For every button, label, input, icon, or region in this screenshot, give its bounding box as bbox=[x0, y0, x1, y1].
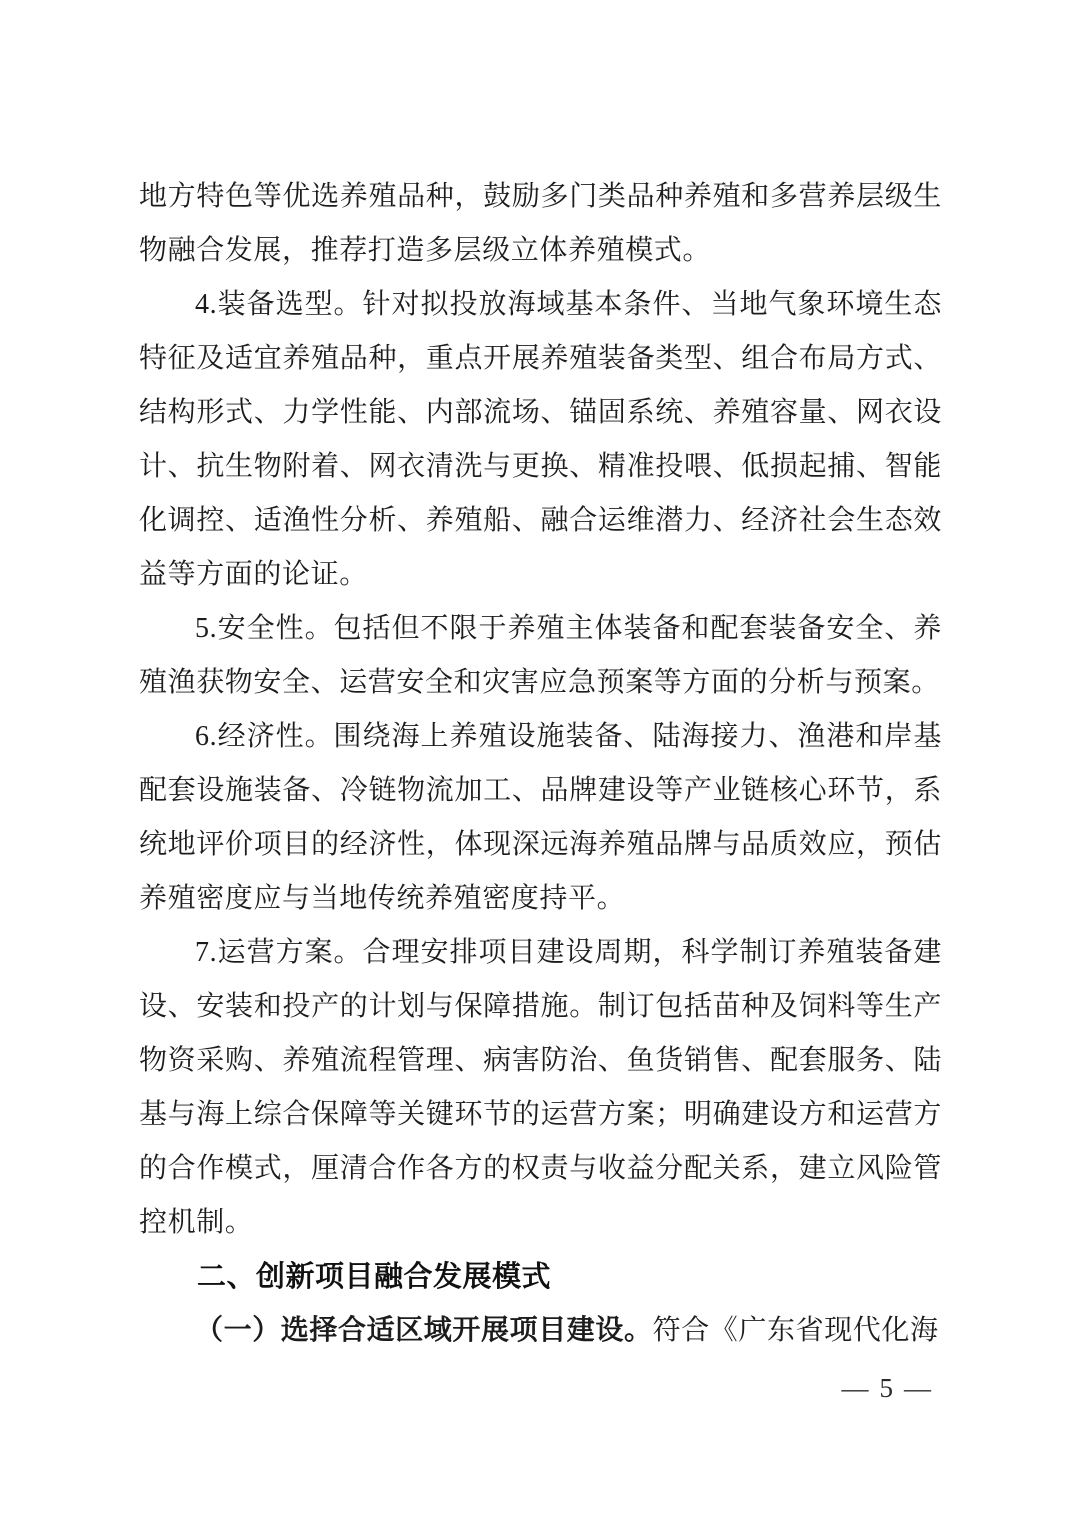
document-content: 地方特色等优选养殖品种，鼓励多门类品种养殖和多营养层级生物融合发展，推荐打造多层… bbox=[139, 170, 942, 1358]
body-paragraph-item4: 4.装备选型。针对拟投放海域基本条件、当地气象环境生态特征及适宜养殖品种，重点开… bbox=[139, 278, 942, 602]
page-number: 5 bbox=[880, 1373, 895, 1403]
document-page: 地方特色等优选养殖品种，鼓励多门类品种养殖和多营养层级生物融合发展，推荐打造多层… bbox=[0, 0, 1080, 1527]
page-footer: —5— bbox=[832, 1372, 943, 1404]
section-heading: 二、创新项目融合发展模式 bbox=[139, 1250, 942, 1304]
subsection-lead: （一）选择合适区域开展项目建设。 bbox=[195, 1315, 653, 1346]
subsection-rest: 符合《广东省现代化海 bbox=[653, 1315, 939, 1346]
body-paragraph-item7: 7.运营方案。合理安排项目建设周期，科学制订养殖装备建设、安装和投产的计划与保障… bbox=[139, 926, 942, 1250]
footer-left-dash: — bbox=[832, 1372, 880, 1404]
footer-right-dash: — bbox=[894, 1372, 942, 1404]
body-paragraph-item6: 6.经济性。围绕海上养殖设施装备、陆海接力、渔港和岸基配套设施装备、冷链物流加工… bbox=[139, 710, 942, 926]
subsection-paragraph: （一）选择合适区域开展项目建设。符合《广东省现代化海 bbox=[139, 1304, 942, 1358]
body-paragraph-item5: 5.安全性。包括但不限于养殖主体装备和配套装备安全、养殖渔获物安全、运营安全和灾… bbox=[139, 602, 942, 710]
body-paragraph-continuation: 地方特色等优选养殖品种，鼓励多门类品种养殖和多营养层级生物融合发展，推荐打造多层… bbox=[139, 170, 942, 278]
